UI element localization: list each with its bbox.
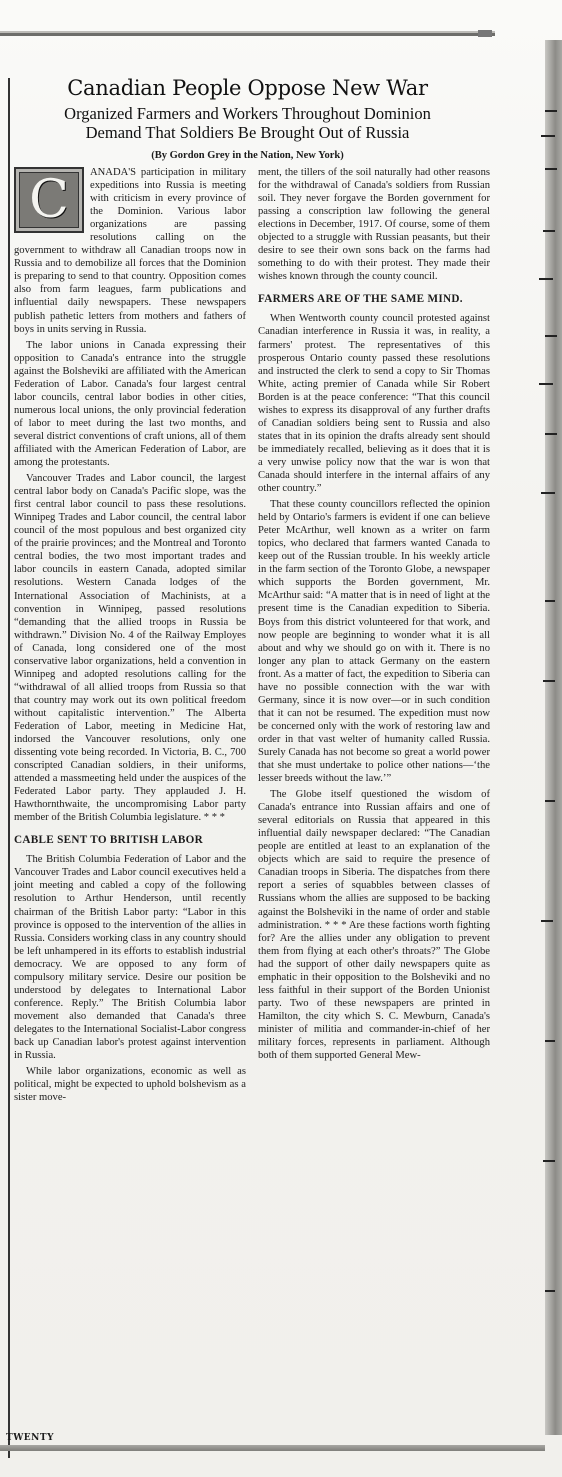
paragraph: The labor unions in Canada expressing th… [14, 339, 246, 469]
right-column: ment, the tillers of the soil naturally … [258, 166, 490, 1065]
paragraph: The British Columbia Federation of Labor… [14, 853, 246, 1062]
drop-cap: C [14, 167, 84, 233]
top-rule-end [478, 30, 492, 37]
section-heading: FARMERS ARE OF THE SAME MIND. [258, 293, 490, 306]
paragraph: Vancouver Trades and Labor council, the … [14, 472, 246, 824]
binding-edge [545, 40, 562, 1435]
subhead-line-2: Demand That Soldiers Be Brought Out of R… [0, 123, 495, 142]
top-rule [0, 33, 495, 36]
paragraph: When Wentworth county council protested … [258, 312, 490, 495]
paragraph: C ANADA'S participation in military expe… [14, 166, 246, 336]
bottom-rule [0, 1445, 545, 1451]
paragraph: While labor organizations, economic as w… [14, 1065, 246, 1104]
newspaper-page: Canadian People Oppose New War Organized… [0, 0, 562, 1477]
paragraph: That these county councillors reflected … [258, 498, 490, 785]
section-heading: CABLE SENT TO BRITISH LABOR [14, 834, 246, 847]
paragraph: ment, the tillers of the soil naturally … [258, 166, 490, 283]
column-left-rule [8, 78, 10, 1458]
article-subhead: Organized Farmers and Workers Throughout… [0, 104, 495, 142]
left-column: C ANADA'S participation in military expe… [14, 166, 246, 1107]
subhead-line-1: Organized Farmers and Workers Throughout… [0, 104, 495, 123]
page-number-label: TWENTY [6, 1433, 54, 1443]
paragraph: The Globe itself questioned the wisdom o… [258, 788, 490, 1062]
article-headline: Canadian People Oppose New War [0, 76, 495, 100]
article-byline: (By Gordon Grey in the Nation, New York) [0, 150, 495, 161]
